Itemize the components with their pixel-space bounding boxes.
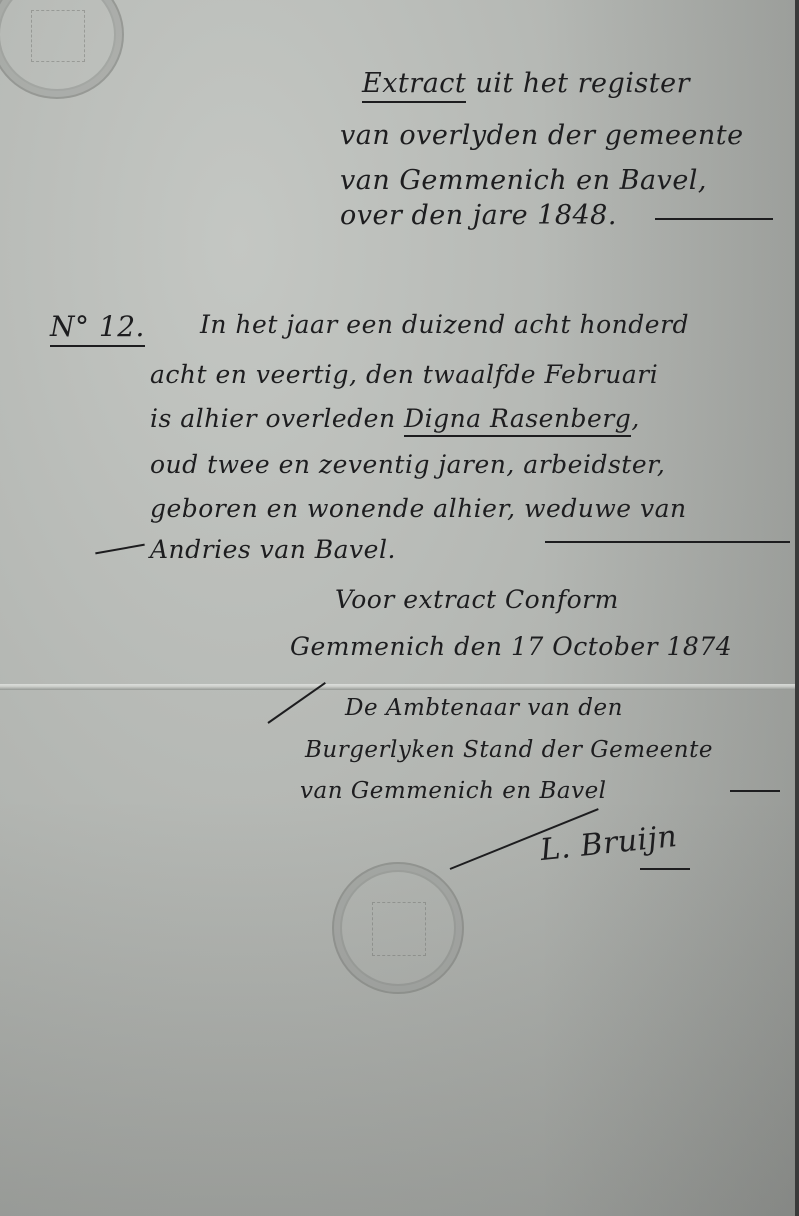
cert-end-flourish (730, 790, 780, 792)
record-line-6: Andries van Bavel. (150, 535, 396, 564)
record-number: N° 12. (50, 310, 145, 347)
cert-line-2: Gemmenich den 17 October 1874 (290, 632, 732, 661)
record-line-3: is alhier overleden Digna Rasenberg, (150, 404, 640, 433)
header-line-4: over den jare 1848. (340, 200, 617, 231)
record-line-3-prefix: is alhier overleden (150, 404, 404, 433)
record-end-rule (545, 541, 790, 543)
header-line-3: van Gemmenich en Bavel, (340, 165, 707, 196)
header-line-1-rest: uit het register (475, 68, 690, 99)
seal-crest-icon (31, 10, 85, 62)
paper-fold-line (0, 684, 799, 690)
record-line-5: geboren en wonende alhier, weduwe van (150, 494, 687, 523)
signature-underline (640, 868, 690, 870)
paper-shadow-bottom (0, 796, 799, 1216)
cert-line-1: Voor extract Conform (335, 585, 619, 614)
deceased-name: Digna Rasenberg (404, 404, 631, 437)
seal-crest-icon (372, 902, 425, 955)
embossed-seal-icon (332, 862, 464, 994)
record-line-1: In het jaar een duizend acht honderd (200, 310, 689, 339)
header-line-2: van overlyden der gemeente (340, 120, 744, 151)
paper-edge (795, 0, 799, 1216)
header-line-1: Extract uit het register (362, 68, 690, 99)
header-rule (655, 218, 773, 220)
cert-line-5: van Gemmenich en Bavel (300, 778, 607, 804)
record-line-4: oud twee en zeventig jaren, arbeidster, (150, 450, 665, 479)
header-extract-word: Extract (362, 68, 466, 103)
record-line-3-comma: , (631, 404, 639, 433)
record-line-2: acht en veertig, den twaalfde Februari (150, 360, 658, 389)
cert-line-4: Burgerlyken Stand der Gemeente (305, 737, 713, 763)
cert-line-3: De Ambtenaar van den (345, 695, 623, 721)
